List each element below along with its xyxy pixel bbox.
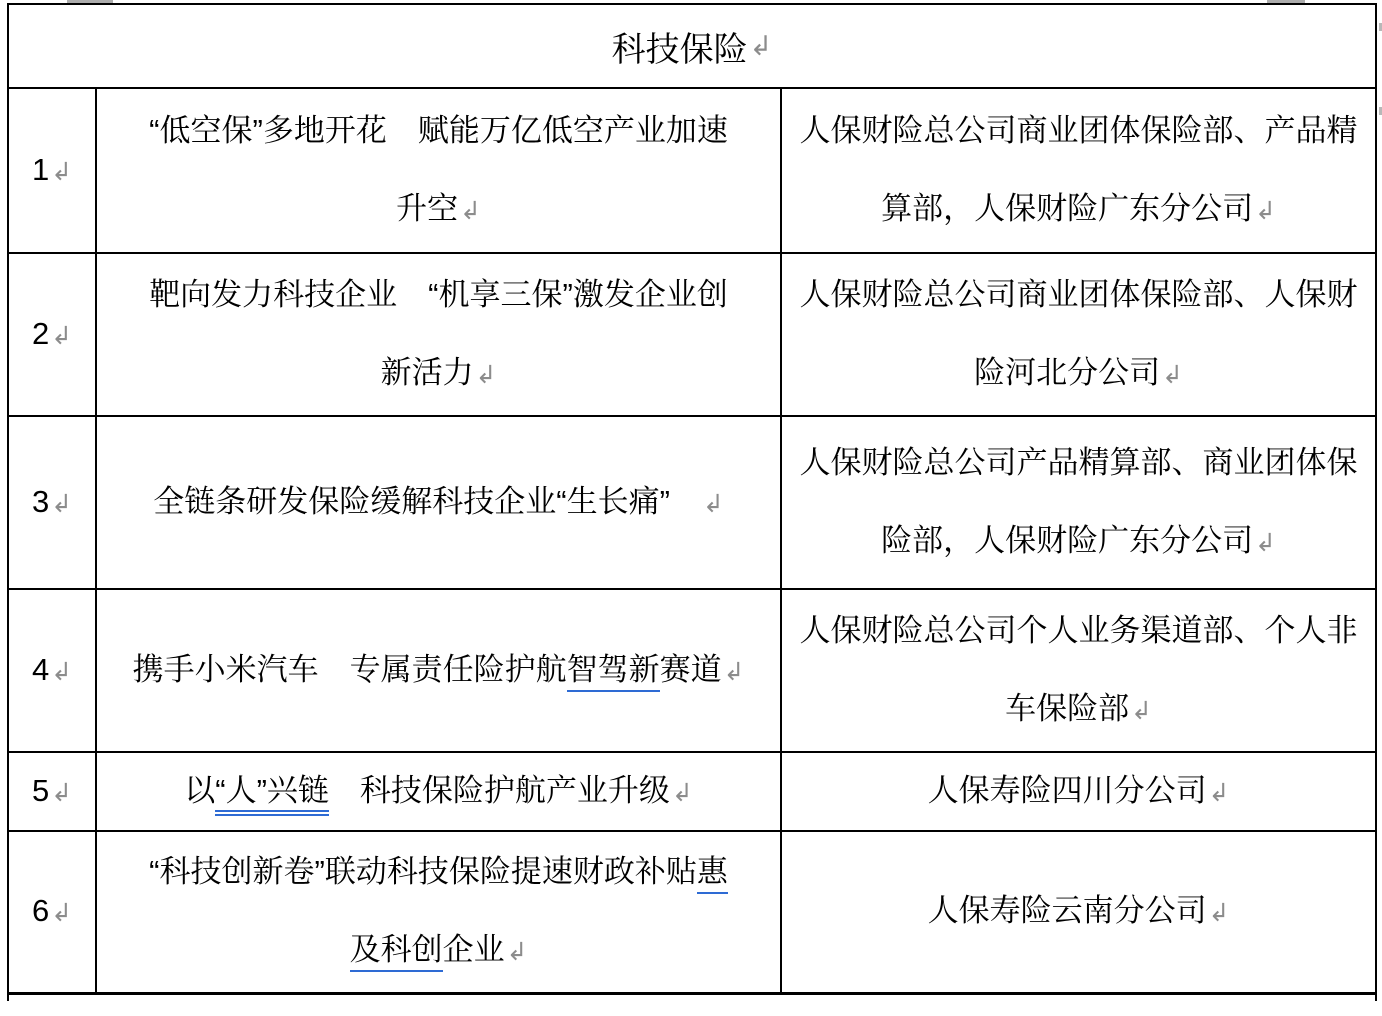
article-title-cell[interactable]: 全链条研发保险缓解科技企业“生长痛” ↲ <box>97 417 782 588</box>
title-line: 升空↲ <box>396 170 481 250</box>
underlined-text: 智驾新 <box>567 652 660 692</box>
table-title-cell[interactable]: 科技保险↲ <box>9 5 1375 87</box>
organization-cell[interactable]: 人保寿险云南分公司↲ <box>782 832 1375 992</box>
org-line: 算部，人保财险广东分公司↲ <box>881 170 1276 250</box>
title-line: “科技创新卷”联动科技保险提速财政补贴惠 <box>149 833 728 911</box>
article-title-cell[interactable]: “科技创新卷”联动科技保险提速财政补贴惠 及科创企业↲ <box>97 832 782 992</box>
article-title-cell[interactable]: 以“人”兴链 科技保险护航产业升级↲ <box>97 753 782 830</box>
organization-cell[interactable]: 人保寿险四川分公司↲ <box>782 753 1375 830</box>
next-row-partial <box>9 995 1375 1001</box>
org-line: 人保财险总公司产品精算部、商业团体保 <box>800 424 1358 502</box>
table-row: 5↲ 以“人”兴链 科技保险护航产业升级↲ 人保寿险四川分公司↲ <box>9 753 1375 832</box>
row-number-cell[interactable]: 4↲ <box>9 590 97 751</box>
paragraph-mark-icon: ↲ <box>507 937 528 966</box>
title-line: 靶向发力科技企业 “机享三保”激发企业创 <box>149 256 728 334</box>
article-title-cell[interactable]: “低空保”多地开花 赋能万亿低空产业加速 升空↲ <box>97 89 782 252</box>
table-row: 6↲ “科技创新卷”联动科技保险提速财政补贴惠 及科创企业↲ 人保寿险云南分公司… <box>9 832 1375 995</box>
organization-cell[interactable]: 人保财险总公司商业团体保险部、产品精 算部，人保财险广东分公司↲ <box>782 89 1375 252</box>
org-line: 车保险部↲ <box>1005 670 1152 750</box>
title-line: 全链条研发保险缓解科技企业“生长痛” ↲ <box>153 463 723 543</box>
paragraph-mark-icon: ↲ <box>51 321 72 350</box>
paragraph-mark-icon: ↲ <box>1209 778 1230 807</box>
underlined-text: 惠 <box>697 854 728 894</box>
table-row: 2↲ 靶向发力科技企业 “机享三保”激发企业创 新活力↲ 人保财险总公司商业团体… <box>9 254 1375 417</box>
org-line: 人保财险总公司商业团体保险部、人保财 <box>800 256 1358 334</box>
org-line: 险部，人保财险广东分公司↲ <box>881 502 1276 582</box>
row-number-cell[interactable]: 6↲ <box>9 832 97 992</box>
paragraph-mark-icon: ↲ <box>1255 528 1276 557</box>
organization-cell[interactable]: 人保财险总公司个人业务渠道部、个人非 车保险部↲ <box>782 590 1375 751</box>
row-number: 1↲ <box>32 131 72 211</box>
organization-cell[interactable]: 人保财险总公司产品精算部、商业团体保 险部，人保财险广东分公司↲ <box>782 417 1375 588</box>
paragraph-mark-icon: ↲ <box>51 898 72 927</box>
title-line: 及科创企业↲ <box>350 911 528 991</box>
paragraph-mark-icon: ↲ <box>1209 898 1230 927</box>
title-line: 携手小米汽车 专属责任险护航智驾新赛道↲ <box>133 631 745 711</box>
paragraph-mark-icon: ↲ <box>1255 196 1276 225</box>
row-number-cell[interactable]: 5↲ <box>9 753 97 830</box>
row-number: 5↲ <box>32 752 72 832</box>
paragraph-mark-icon: ↲ <box>51 778 72 807</box>
tech-insurance-table: 科技保险↲ 1↲ “低空保”多地开花 赋能万亿低空产业加速 升空↲ 人保财险总公… <box>7 3 1377 1001</box>
row-number-cell[interactable]: 3↲ <box>9 417 97 588</box>
org-line: 人保寿险云南分公司↲ <box>928 872 1230 952</box>
table-row: 1↲ “低空保”多地开花 赋能万亿低空产业加速 升空↲ 人保财险总公司商业团体保… <box>9 89 1375 254</box>
title-line: “低空保”多地开花 赋能万亿低空产业加速 <box>149 92 728 170</box>
article-title-cell[interactable]: 携手小米汽车 专属责任险护航智驾新赛道↲ <box>97 590 782 751</box>
table-row: 3↲ 全链条研发保险缓解科技企业“生长痛” ↲ 人保财险总公司产品精算部、商业团… <box>9 417 1375 590</box>
organization-cell[interactable]: 人保财险总公司商业团体保险部、人保财 险河北分公司↲ <box>782 254 1375 415</box>
article-title-cell[interactable]: 靶向发力科技企业 “机享三保”激发企业创 新活力↲ <box>97 254 782 415</box>
row-number: 6↲ <box>32 872 72 952</box>
paragraph-mark-icon: ↲ <box>724 657 745 686</box>
paragraph-mark-icon: ↲ <box>460 196 481 225</box>
paragraph-mark-icon: ↲ <box>51 489 72 518</box>
row-number-cell[interactable]: 2↲ <box>9 254 97 415</box>
paragraph-mark-icon: ↲ <box>672 778 693 807</box>
row-number: 4↲ <box>32 631 72 711</box>
paragraph-mark-icon: ↲ <box>1162 360 1183 389</box>
row-number-cell[interactable]: 1↲ <box>9 89 97 252</box>
paragraph-mark-icon: ↲ <box>51 657 72 686</box>
paragraph-mark-icon: ↲ <box>703 489 724 518</box>
row-number: 3↲ <box>32 463 72 543</box>
title-line: 新活力↲ <box>381 334 497 414</box>
paragraph-mark-icon: ↲ <box>476 360 497 389</box>
title-line: 以“人”兴链 科技保险护航产业升级↲ <box>184 752 692 832</box>
paragraph-mark-icon: ↲ <box>1131 696 1152 725</box>
paragraph-mark-icon: ↲ <box>750 31 773 62</box>
org-line: 人保财险总公司个人业务渠道部、个人非 <box>800 592 1358 670</box>
table-title: 科技保险 <box>612 22 748 71</box>
row-number: 2↲ <box>32 295 72 375</box>
underlined-text: 及科创 <box>350 932 443 972</box>
org-line: 人保寿险四川分公司↲ <box>928 752 1230 832</box>
table-header-row: 科技保险↲ <box>9 5 1375 89</box>
double-underlined-text: “人”兴链 <box>215 773 329 816</box>
org-line: 险河北分公司↲ <box>974 334 1183 414</box>
org-line: 人保财险总公司商业团体保险部、产品精 <box>800 92 1358 170</box>
paragraph-mark-icon: ↲ <box>51 157 72 186</box>
table-row: 4↲ 携手小米汽车 专属责任险护航智驾新赛道↲ 人保财险总公司个人业务渠道部、个… <box>9 590 1375 753</box>
